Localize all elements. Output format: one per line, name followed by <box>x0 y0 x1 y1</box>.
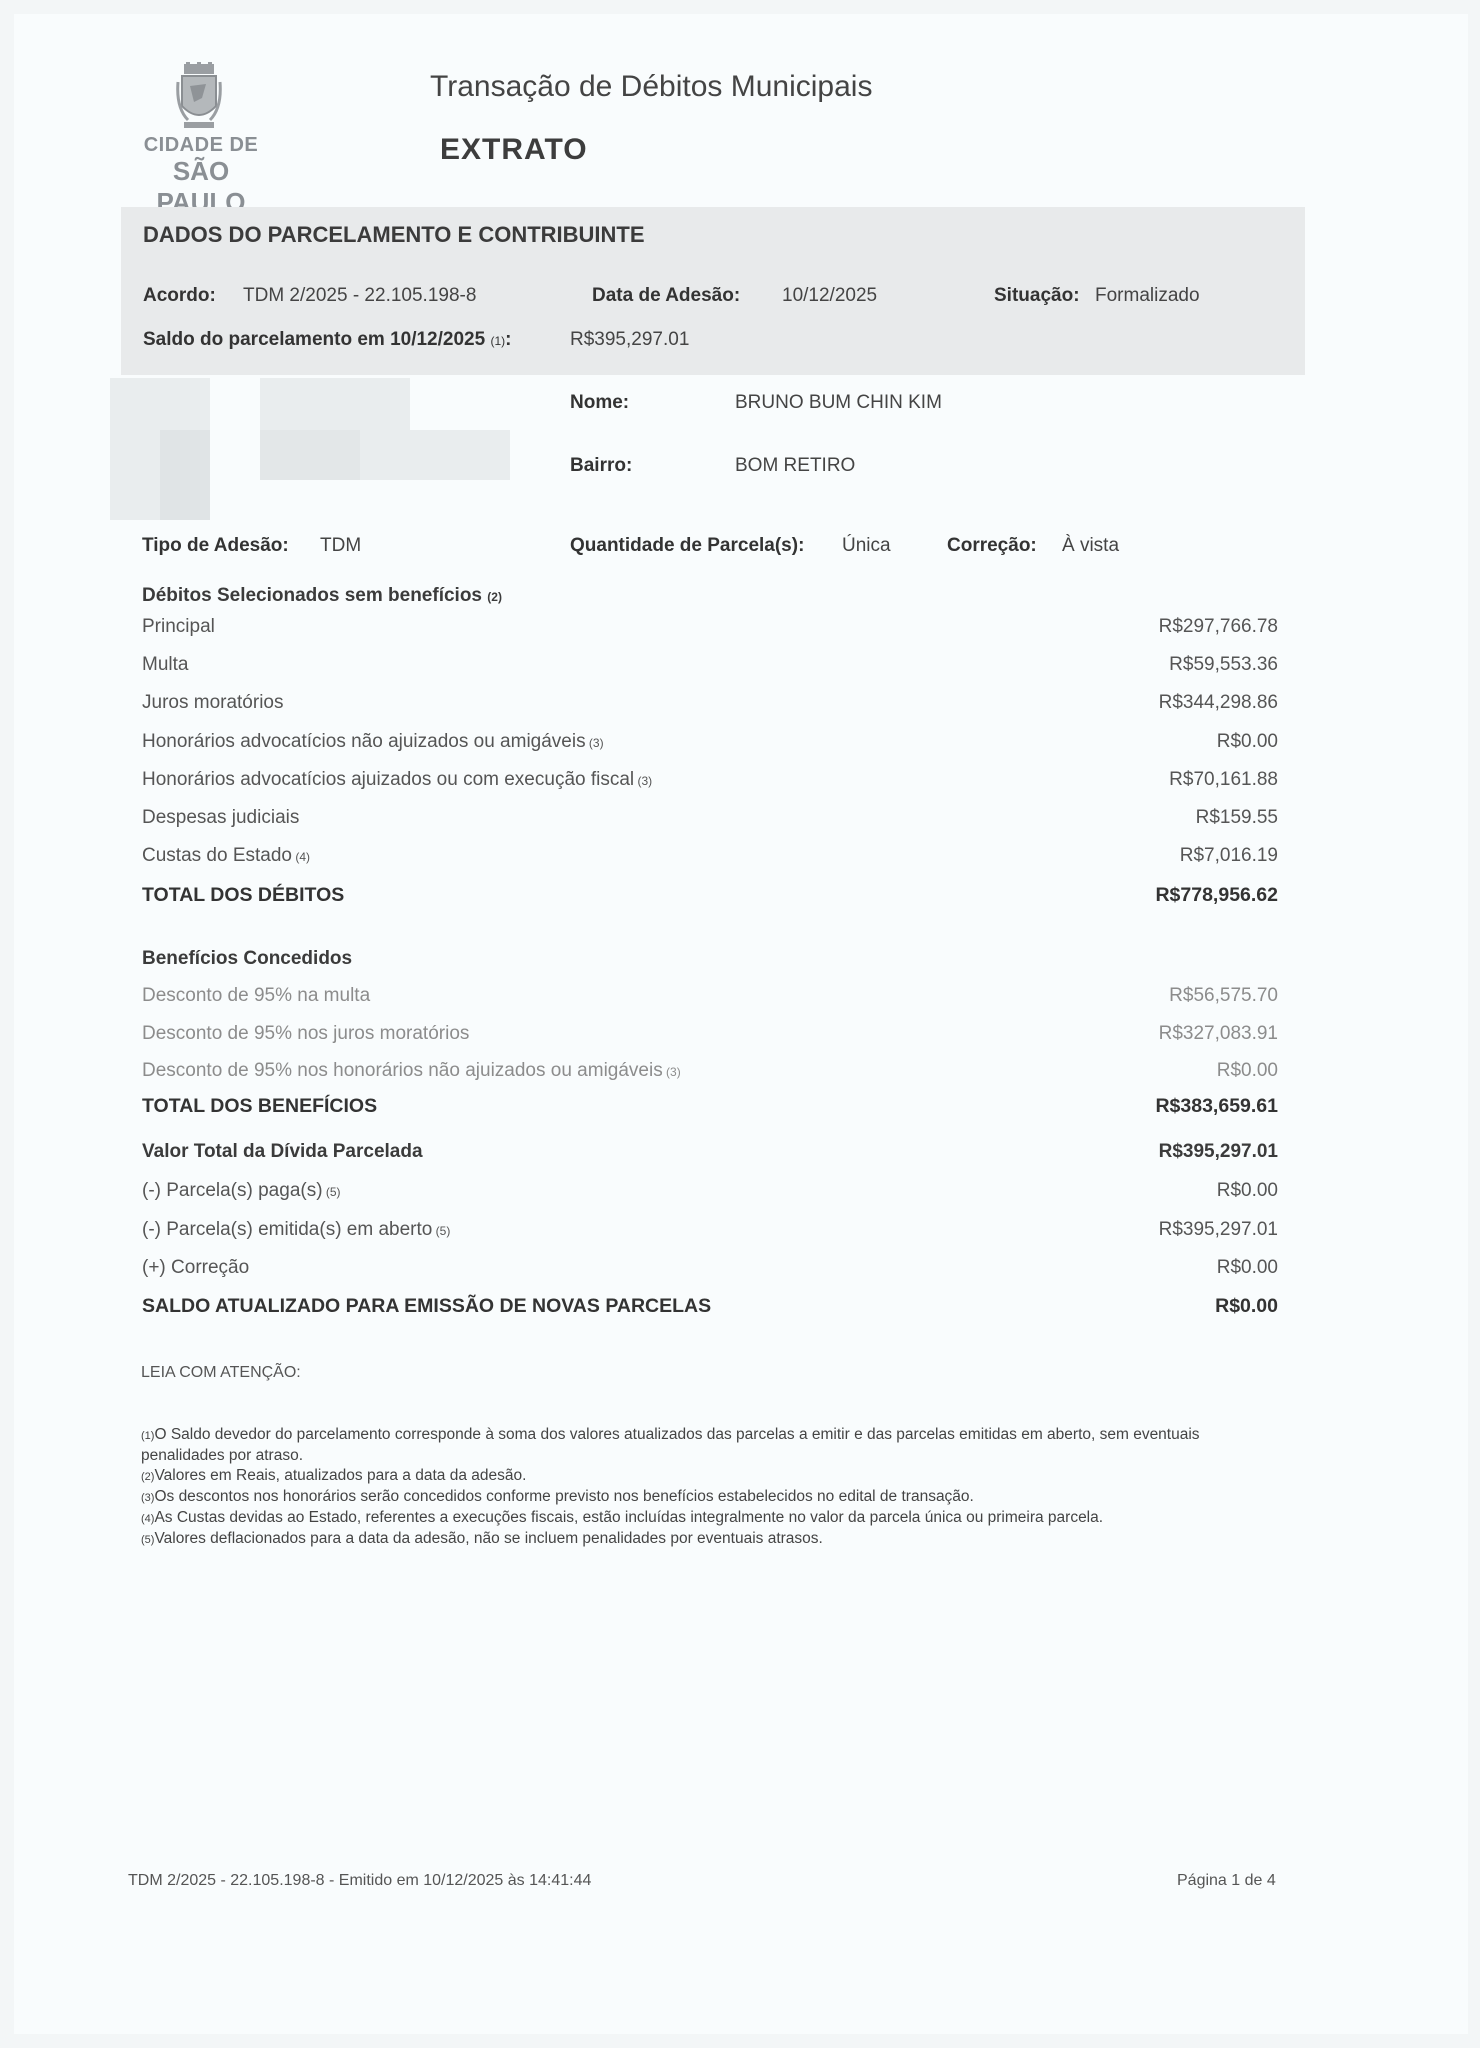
saldo-note: (1) <box>490 334 505 348</box>
beneficio-row: Desconto de 95% na multaR$56,575.70 <box>142 985 1278 1015</box>
situacao-label: Situação: <box>994 285 1080 307</box>
footnotes: (1)O Saldo devedor do parcelamento corre… <box>141 1425 1281 1550</box>
debito-row-label: Juros moratórios <box>142 692 284 714</box>
debito-row: PrincipalR$297,766.78 <box>142 616 1278 646</box>
situacao-value: Formalizado <box>1095 285 1200 307</box>
debito-row: Honorários advocatícios ajuizados ou com… <box>142 769 1278 799</box>
beneficio-row-value: R$0.00 <box>1217 1060 1278 1082</box>
valor-total-divida-value: R$395,297.01 <box>1159 1141 1278 1163</box>
debito-row-label: Principal <box>142 616 215 638</box>
total-beneficios-row: TOTAL DOS BENEFÍCIOS R$383,659.61 <box>142 1095 1278 1125</box>
footnote-ref: (3) <box>663 1065 681 1079</box>
divida-row: (-) Parcela(s) paga(s) (5)R$0.00 <box>142 1180 1278 1210</box>
debito-row: Despesas judiciaisR$159.55 <box>142 807 1278 837</box>
divida-row-value: R$395,297.01 <box>1159 1219 1278 1241</box>
debito-row: Honorários advocatícios não ajuizados ou… <box>142 731 1278 761</box>
divida-row-value: R$0.00 <box>1217 1180 1278 1202</box>
bairro-value: BOM RETIRO <box>735 455 855 477</box>
acordo-value: TDM 2/2025 - 22.105.198-8 <box>243 285 476 307</box>
total-debitos-row: TOTAL DOS DÉBITOS R$778,956.62 <box>142 884 1278 914</box>
divida-row-label: (-) Parcela(s) emitida(s) em aberto (5) <box>142 1219 450 1241</box>
divida-row: (-) Parcela(s) emitida(s) em aberto (5)R… <box>142 1219 1278 1249</box>
debito-row-value: R$70,161.88 <box>1169 769 1278 791</box>
debito-row-label: Honorários advocatícios ajuizados ou com… <box>142 769 652 791</box>
beneficio-row-value: R$327,083.91 <box>1159 1023 1278 1045</box>
footnote-item: (1)O Saldo devedor do parcelamento corre… <box>141 1425 1281 1466</box>
beneficios-title: Benefícios Concedidos <box>142 948 352 970</box>
footnote-item: (4)As Custas devidas ao Estado, referent… <box>141 1508 1281 1529</box>
beneficio-row-label: Desconto de 95% na multa <box>142 985 370 1007</box>
nome-value: BRUNO BUM CHIN KIM <box>735 392 942 414</box>
debito-row-value: R$297,766.78 <box>1159 616 1278 638</box>
debito-row: Custas do Estado (4)R$7,016.19 <box>142 845 1278 875</box>
quantidade-label: Quantidade de Parcela(s): <box>570 535 804 557</box>
bairro-label: Bairro: <box>570 455 632 477</box>
saldo-atualizado-row: SALDO ATUALIZADO PARA EMISSÃO DE NOVAS P… <box>142 1295 1278 1325</box>
valor-total-divida-label: Valor Total da Dívida Parcelada <box>142 1141 423 1163</box>
footnote-ref: (5) <box>432 1224 450 1238</box>
beneficio-row-label: Desconto de 95% nos honorários não ajuiz… <box>142 1060 681 1082</box>
debito-row-value: R$59,553.36 <box>1169 654 1278 676</box>
total-beneficios-label: TOTAL DOS BENEFÍCIOS <box>142 1095 377 1118</box>
footer-emission-info: TDM 2/2025 - 22.105.198-8 - Emitido em 1… <box>128 1872 591 1890</box>
logo-text-line1: CIDADE DE <box>126 134 276 157</box>
correcao-value: À vista <box>1062 535 1119 557</box>
total-beneficios-value: R$383,659.61 <box>1155 1095 1278 1118</box>
debito-row: MultaR$59,553.36 <box>142 654 1278 684</box>
footnote-ref: (3) <box>634 774 652 788</box>
beneficio-row-label: Desconto de 95% nos juros moratórios <box>142 1023 469 1045</box>
divida-row-label: (+) Correção <box>142 1257 249 1279</box>
divida-row-label: (-) Parcela(s) paga(s) (5) <box>142 1180 341 1202</box>
beneficio-row: Desconto de 95% nos honorários não ajuiz… <box>142 1060 1278 1090</box>
footnote-ref: (3) <box>586 736 604 750</box>
debito-row-label: Honorários advocatícios não ajuizados ou… <box>142 731 604 753</box>
footnote-item: (5)Valores deflacionados para a data da … <box>141 1529 1281 1550</box>
saldo-atualizado-label: SALDO ATUALIZADO PARA EMISSÃO DE NOVAS P… <box>142 1295 711 1318</box>
saldo-label-text: Saldo do parcelamento em 10/12/2025 <box>143 329 485 350</box>
section-title: DADOS DO PARCELAMENTO E CONTRIBUINTE <box>143 222 645 248</box>
beneficio-row-value: R$56,575.70 <box>1169 985 1278 1007</box>
tipo-adesao-value: TDM <box>320 535 361 557</box>
debito-row-value: R$159.55 <box>1196 807 1278 829</box>
debito-row-label: Multa <box>142 654 188 676</box>
data-adesao-label: Data de Adesão: <box>592 285 740 307</box>
debito-row-value: R$344,298.86 <box>1159 692 1278 714</box>
divida-row: (+) CorreçãoR$0.00 <box>142 1257 1278 1287</box>
total-debitos-value: R$778,956.62 <box>1155 884 1278 907</box>
debito-row: Juros moratóriosR$344,298.86 <box>142 692 1278 722</box>
document-subtitle: EXTRATO <box>440 133 588 167</box>
correcao-label: Correção: <box>947 535 1037 557</box>
total-debitos-label: TOTAL DOS DÉBITOS <box>142 884 344 907</box>
valor-total-divida-row: Valor Total da Dívida Parcelada R$395,29… <box>142 1141 1278 1171</box>
divida-row-value: R$0.00 <box>1217 1257 1278 1279</box>
footnote-item: (2)Valores em Reais, atualizados para a … <box>141 1466 1281 1487</box>
debito-row-label: Custas do Estado (4) <box>142 845 310 867</box>
saldo-value: R$395,297.01 <box>570 329 689 351</box>
debitos-title: Débitos Selecionados sem benefícios (2) <box>142 585 502 607</box>
document-title: Transação de Débitos Municipais <box>430 70 872 104</box>
page-number: Página 1 de 4 <box>1177 1872 1276 1890</box>
city-logo: CIDADE DE SÃO PAULO <box>126 60 276 190</box>
acordo-label: Acordo: <box>143 285 216 307</box>
tipo-adesao-label: Tipo de Adesão: <box>142 535 289 557</box>
notes-heading: LEIA COM ATENÇÃO: <box>141 1364 301 1382</box>
debito-row-value: R$0.00 <box>1217 731 1278 753</box>
quantidade-value: Única <box>842 535 891 557</box>
footnote-item: (3)Os descontos nos honorários serão con… <box>141 1487 1281 1508</box>
debito-row-value: R$7,016.19 <box>1180 845 1278 867</box>
footnote-ref: (4) <box>292 850 310 864</box>
coat-of-arms-icon <box>176 62 222 132</box>
saldo-atualizado-value: R$0.00 <box>1215 1295 1278 1318</box>
data-adesao-value: 10/12/2025 <box>782 285 877 307</box>
beneficio-row: Desconto de 95% nos juros moratóriosR$32… <box>142 1023 1278 1053</box>
footnote-ref: (5) <box>323 1185 341 1199</box>
nome-label: Nome: <box>570 392 629 414</box>
saldo-label: Saldo do parcelamento em 10/12/2025 (1): <box>143 329 511 351</box>
debito-row-label: Despesas judiciais <box>142 807 299 829</box>
